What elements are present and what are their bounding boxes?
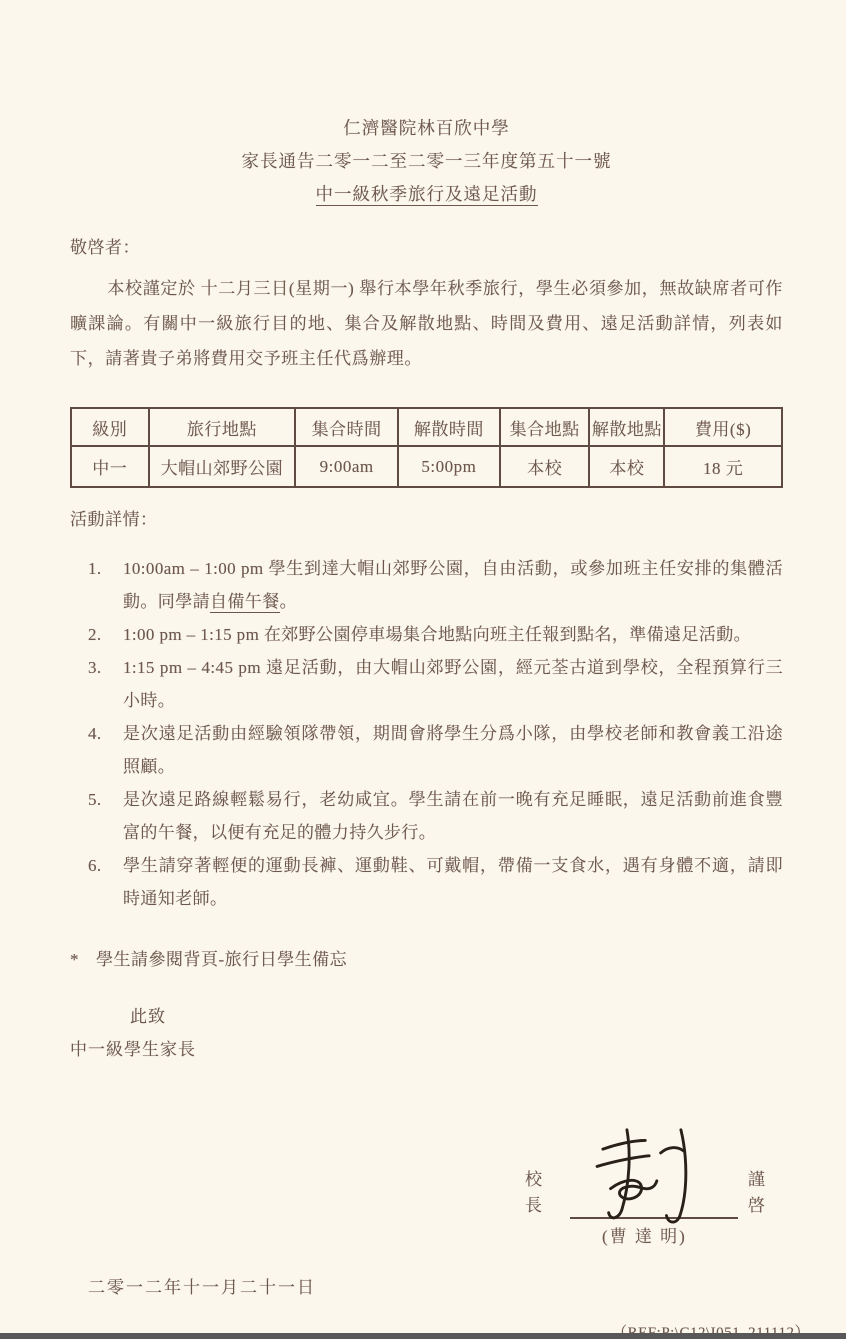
table-header-cell: 集合時間 (295, 408, 398, 446)
list-item-6: 6. 學生請穿著輕便的運動長褲、運動鞋、可戴帽，帶備一支食水，遇有身體不適，請即… (88, 849, 783, 915)
item-number: 4. (88, 717, 123, 783)
notice-document: 仁濟醫院林百欣中學 家長通告二零一二至二零一三年度第五十一號 中一級秋季旅行及遠… (0, 0, 850, 1339)
notice-header: 仁濟醫院林百欣中學 家長通告二零一二至二零一三年度第五十一號 中一級秋季旅行及遠… (70, 112, 783, 211)
school-name: 仁濟醫院林百欣中學 (70, 112, 783, 145)
table-cell: 9:00am (295, 446, 398, 487)
list-item-2: 2. 1:00 pm – 1:15 pm 在郊野公園停車場集合地點向班主任報到點… (88, 618, 783, 651)
notice-subject: 中一級秋季旅行及遠足活動 (70, 178, 783, 211)
table-header-cell: 旅行地點 (149, 408, 296, 446)
table-cell: 5:00pm (398, 446, 500, 487)
intro-paragraph: 本校謹定於 十二月三日(星期一) 舉行本學年秋季旅行，學生必須參加，無故缺席者可… (70, 271, 783, 376)
footnote-marker: * (70, 947, 96, 973)
table-row: 中一 大帽山郊野公園 9:00am 5:00pm 本校 本校 18 元 (71, 446, 782, 487)
handwritten-signature-icon (584, 1125, 720, 1231)
scan-edge-bottom (0, 1333, 850, 1339)
item-number: 5. (88, 783, 123, 849)
footnote-text: 學生請參閱背頁-旅行日學生備忘 (96, 950, 347, 969)
item-text: 是次遠足路線輕鬆易行，老幼咸宜。學生請在前一晚有充足睡眠，遠足活動前進食豐富的午… (123, 783, 783, 849)
list-item-5: 5. 是次遠足路線輕鬆易行，老幼咸宜。學生請在前一晚有充足睡眠，遠足活動前進食豐… (88, 783, 783, 849)
table-cell: 中一 (71, 446, 149, 487)
trip-info-table: 級別 旅行地點 集合時間 解散時間 集合地點 解散地點 費用($) 中一 大帽山… (70, 407, 783, 488)
underlined-text: 自備午餐 (210, 592, 280, 613)
item-number: 1. (88, 552, 123, 618)
scan-edge-right (846, 0, 850, 1339)
item-number: 2. (88, 618, 123, 651)
table-cell: 大帽山郊野公園 (149, 446, 296, 487)
closing-cizhi: 此致 (130, 1004, 783, 1030)
item-text: 1:15 pm – 4:45 pm 遠足活動，由大帽山郊野公園，經元荃古道到學校… (123, 651, 783, 717)
table-cell: 本校 (500, 446, 590, 487)
table-header-cell: 費用($) (664, 408, 782, 446)
signature-block: 校長 謹啓 (525, 1167, 783, 1219)
table-header-cell: 級別 (71, 408, 149, 446)
respect-label: 謹啓 (748, 1167, 783, 1219)
signature-line (570, 1193, 738, 1219)
table-header-cell: 解散地點 (589, 408, 664, 446)
item-number: 6. (88, 849, 123, 915)
table-cell: 18 元 (664, 446, 782, 487)
item-text: 10:00am – 1:00 pm 學生到達大帽山郊野公園，自由活動，或參加班主… (123, 552, 783, 618)
notice-number: 家長通告二零一二至二零一三年度第五十一號 (70, 145, 783, 178)
item-number: 3. (88, 651, 123, 717)
list-item-1: 1. 10:00am – 1:00 pm 學生到達大帽山郊野公園，自由活動，或參… (88, 552, 783, 618)
table-header-cell: 解散時間 (398, 408, 500, 446)
item-text: 是次遠足活動由經驗領隊帶領，期間會將學生分爲小隊，由學校老師和教會義工沿途照顧。 (123, 717, 783, 783)
list-item-4: 4. 是次遠足活動由經驗領隊帶領，期間會將學生分爲小隊，由學校老師和教會義工沿途… (88, 717, 783, 783)
item-text: 1:00 pm – 1:15 pm 在郊野公園停車場集合地點向班主任報到點名，準… (123, 618, 783, 651)
table-header-cell: 集合地點 (500, 408, 590, 446)
table-header-row: 級別 旅行地點 集合時間 解散時間 集合地點 解散地點 費用($) (71, 408, 782, 446)
table-cell: 本校 (589, 446, 664, 487)
list-item-3: 3. 1:15 pm – 4:45 pm 遠足活動，由大帽山郊野公園，經元荃古道… (88, 651, 783, 717)
issue-date: 二零一二年十一月二十一日 (88, 1275, 783, 1301)
closing-recipient: 中一級學生家長 (70, 1037, 783, 1063)
details-heading: 活動詳情： (70, 508, 783, 532)
salutation: 敬啓者： (70, 236, 783, 260)
footnote: *學生請參閱背頁-旅行日學生備忘 (70, 947, 783, 973)
details-list: 1. 10:00am – 1:00 pm 學生到達大帽山郊野公園，自由活動，或參… (88, 552, 783, 915)
item-text: 學生請穿著輕便的運動長褲、運動鞋、可戴帽，帶備一支食水，遇有身體不適，請即時通知… (123, 849, 783, 915)
principal-label: 校長 (525, 1167, 560, 1219)
